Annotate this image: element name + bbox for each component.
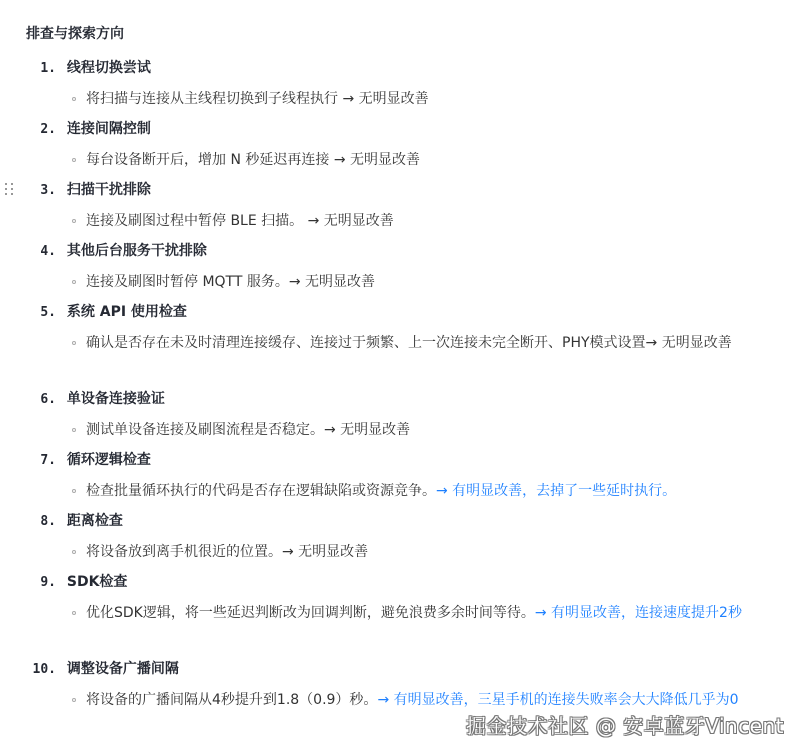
item-number: 1.	[0, 58, 56, 80]
item-label: 距离检查	[67, 510, 123, 532]
item-title: 9. SDK检查	[0, 571, 127, 593]
hollow-bullet-icon	[72, 428, 76, 432]
item-label: 其他后台服务干扰排除	[67, 240, 207, 262]
hollow-bullet-icon	[72, 219, 76, 223]
hollow-bullet-icon	[72, 158, 76, 162]
detail-text: 将设备的广播间隔从4秒提升到1.8（0.9）秒。	[86, 692, 377, 708]
item-title: 3. 扫描干扰排除	[0, 179, 151, 201]
item-label: 扫描干扰排除	[67, 179, 151, 201]
highlight-text: → 有明显改善，三星手机的连接失败率会大大降低几乎为0	[377, 692, 738, 708]
highlight-text: → 有明显改善，连接速度提升2秒	[535, 605, 742, 621]
item-title: 4. 其他后台服务干扰排除	[0, 240, 207, 262]
item-number: 4.	[0, 241, 56, 263]
detail-text: 连接及刷图过程中暂停 BLE 扫描。 → 无明显改善	[86, 213, 394, 229]
watermark: 掘金技术社区 @ 安卓蓝牙Vincent	[466, 710, 784, 739]
item-label: 循环逻辑检查	[67, 449, 151, 471]
item-detail: 优化SDK逻辑，将一些延迟判断改为回调判断，避免浪费多余时间等待。→ 有明显改善…	[72, 601, 784, 625]
item-label: SDK检查	[67, 571, 128, 593]
item-label: 单设备连接验证	[67, 388, 165, 410]
item-label: 系统 API 使用检查	[67, 301, 187, 323]
hollow-bullet-icon	[72, 611, 76, 615]
item-number: 10.	[0, 659, 56, 681]
item-title: 7. 循环逻辑检查	[0, 449, 151, 471]
item-number: 8.	[0, 511, 56, 533]
detail-text: 将设备放到离手机很近的位置。→ 无明显改善	[86, 544, 368, 560]
item-title: 8. 距离检查	[0, 510, 123, 532]
detail-text: 将扫描与连接从主线程切换到子线程执行 → 无明显改善	[86, 91, 429, 107]
item-number: 3.	[0, 180, 56, 202]
item-detail: 每台设备断开后，增加 N 秒延迟再连接 → 无明显改善	[72, 148, 784, 172]
item-number: 7.	[0, 450, 56, 472]
item-detail: 将设备放到离手机很近的位置。→ 无明显改善	[72, 540, 784, 564]
item-label: 线程切换尝试	[67, 57, 151, 79]
section-heading: 排查与探索方向	[26, 24, 124, 44]
detail-text: 连接及刷图时暂停 MQTT 服务。→ 无明显改善	[86, 274, 375, 290]
item-detail: 确认是否存在未及时清理连接缓存、连接过于频繁、上一次连接未完全断开、PHY模式设…	[72, 331, 784, 355]
hollow-bullet-icon	[72, 280, 76, 284]
item-detail: 将设备的广播间隔从4秒提升到1.8（0.9）秒。→ 有明显改善，三星手机的连接失…	[72, 688, 784, 712]
item-label: 调整设备广播间隔	[67, 658, 179, 680]
item-title: 10. 调整设备广播间隔	[0, 658, 179, 680]
item-detail: 测试单设备连接及刷图流程是否稳定。→ 无明显改善	[72, 418, 784, 442]
item-number: 5.	[0, 302, 56, 324]
hollow-bullet-icon	[72, 489, 76, 493]
item-title: 5. 系统 API 使用检查	[0, 301, 187, 323]
item-detail: 连接及刷图时暂停 MQTT 服务。→ 无明显改善	[72, 270, 784, 294]
hollow-bullet-icon	[72, 698, 76, 702]
detail-text: 测试单设备连接及刷图流程是否稳定。→ 无明显改善	[86, 422, 410, 438]
item-title: 1. 线程切换尝试	[0, 57, 151, 79]
item-number: 9.	[0, 572, 56, 594]
hollow-bullet-icon	[72, 341, 76, 345]
item-title: 2. 连接间隔控制	[0, 118, 151, 140]
highlight-text: → 有明显改善，去掉了一些延时执行。	[436, 483, 676, 499]
detail-text: 检查批量循环执行的代码是否存在逻辑缺陷或资源竞争。	[86, 483, 436, 499]
item-detail: 将扫描与连接从主线程切换到子线程执行 → 无明显改善	[72, 87, 784, 111]
hollow-bullet-icon	[72, 97, 76, 101]
item-detail: 连接及刷图过程中暂停 BLE 扫描。 → 无明显改善	[72, 209, 784, 233]
item-number: 2.	[0, 119, 56, 141]
hollow-bullet-icon	[72, 550, 76, 554]
item-detail: 检查批量循环执行的代码是否存在逻辑缺陷或资源竞争。→ 有明显改善，去掉了一些延时…	[72, 479, 784, 503]
detail-text: 每台设备断开后，增加 N 秒延迟再连接 → 无明显改善	[86, 152, 420, 168]
item-number: 6.	[0, 389, 56, 411]
item-label: 连接间隔控制	[67, 118, 151, 140]
detail-text: 优化SDK逻辑，将一些延迟判断改为回调判断，避免浪费多余时间等待。	[86, 605, 535, 621]
detail-text: 确认是否存在未及时清理连接缓存、连接过于频繁、上一次连接未完全断开、PHY模式设…	[86, 335, 732, 351]
item-title: 6. 单设备连接验证	[0, 388, 165, 410]
